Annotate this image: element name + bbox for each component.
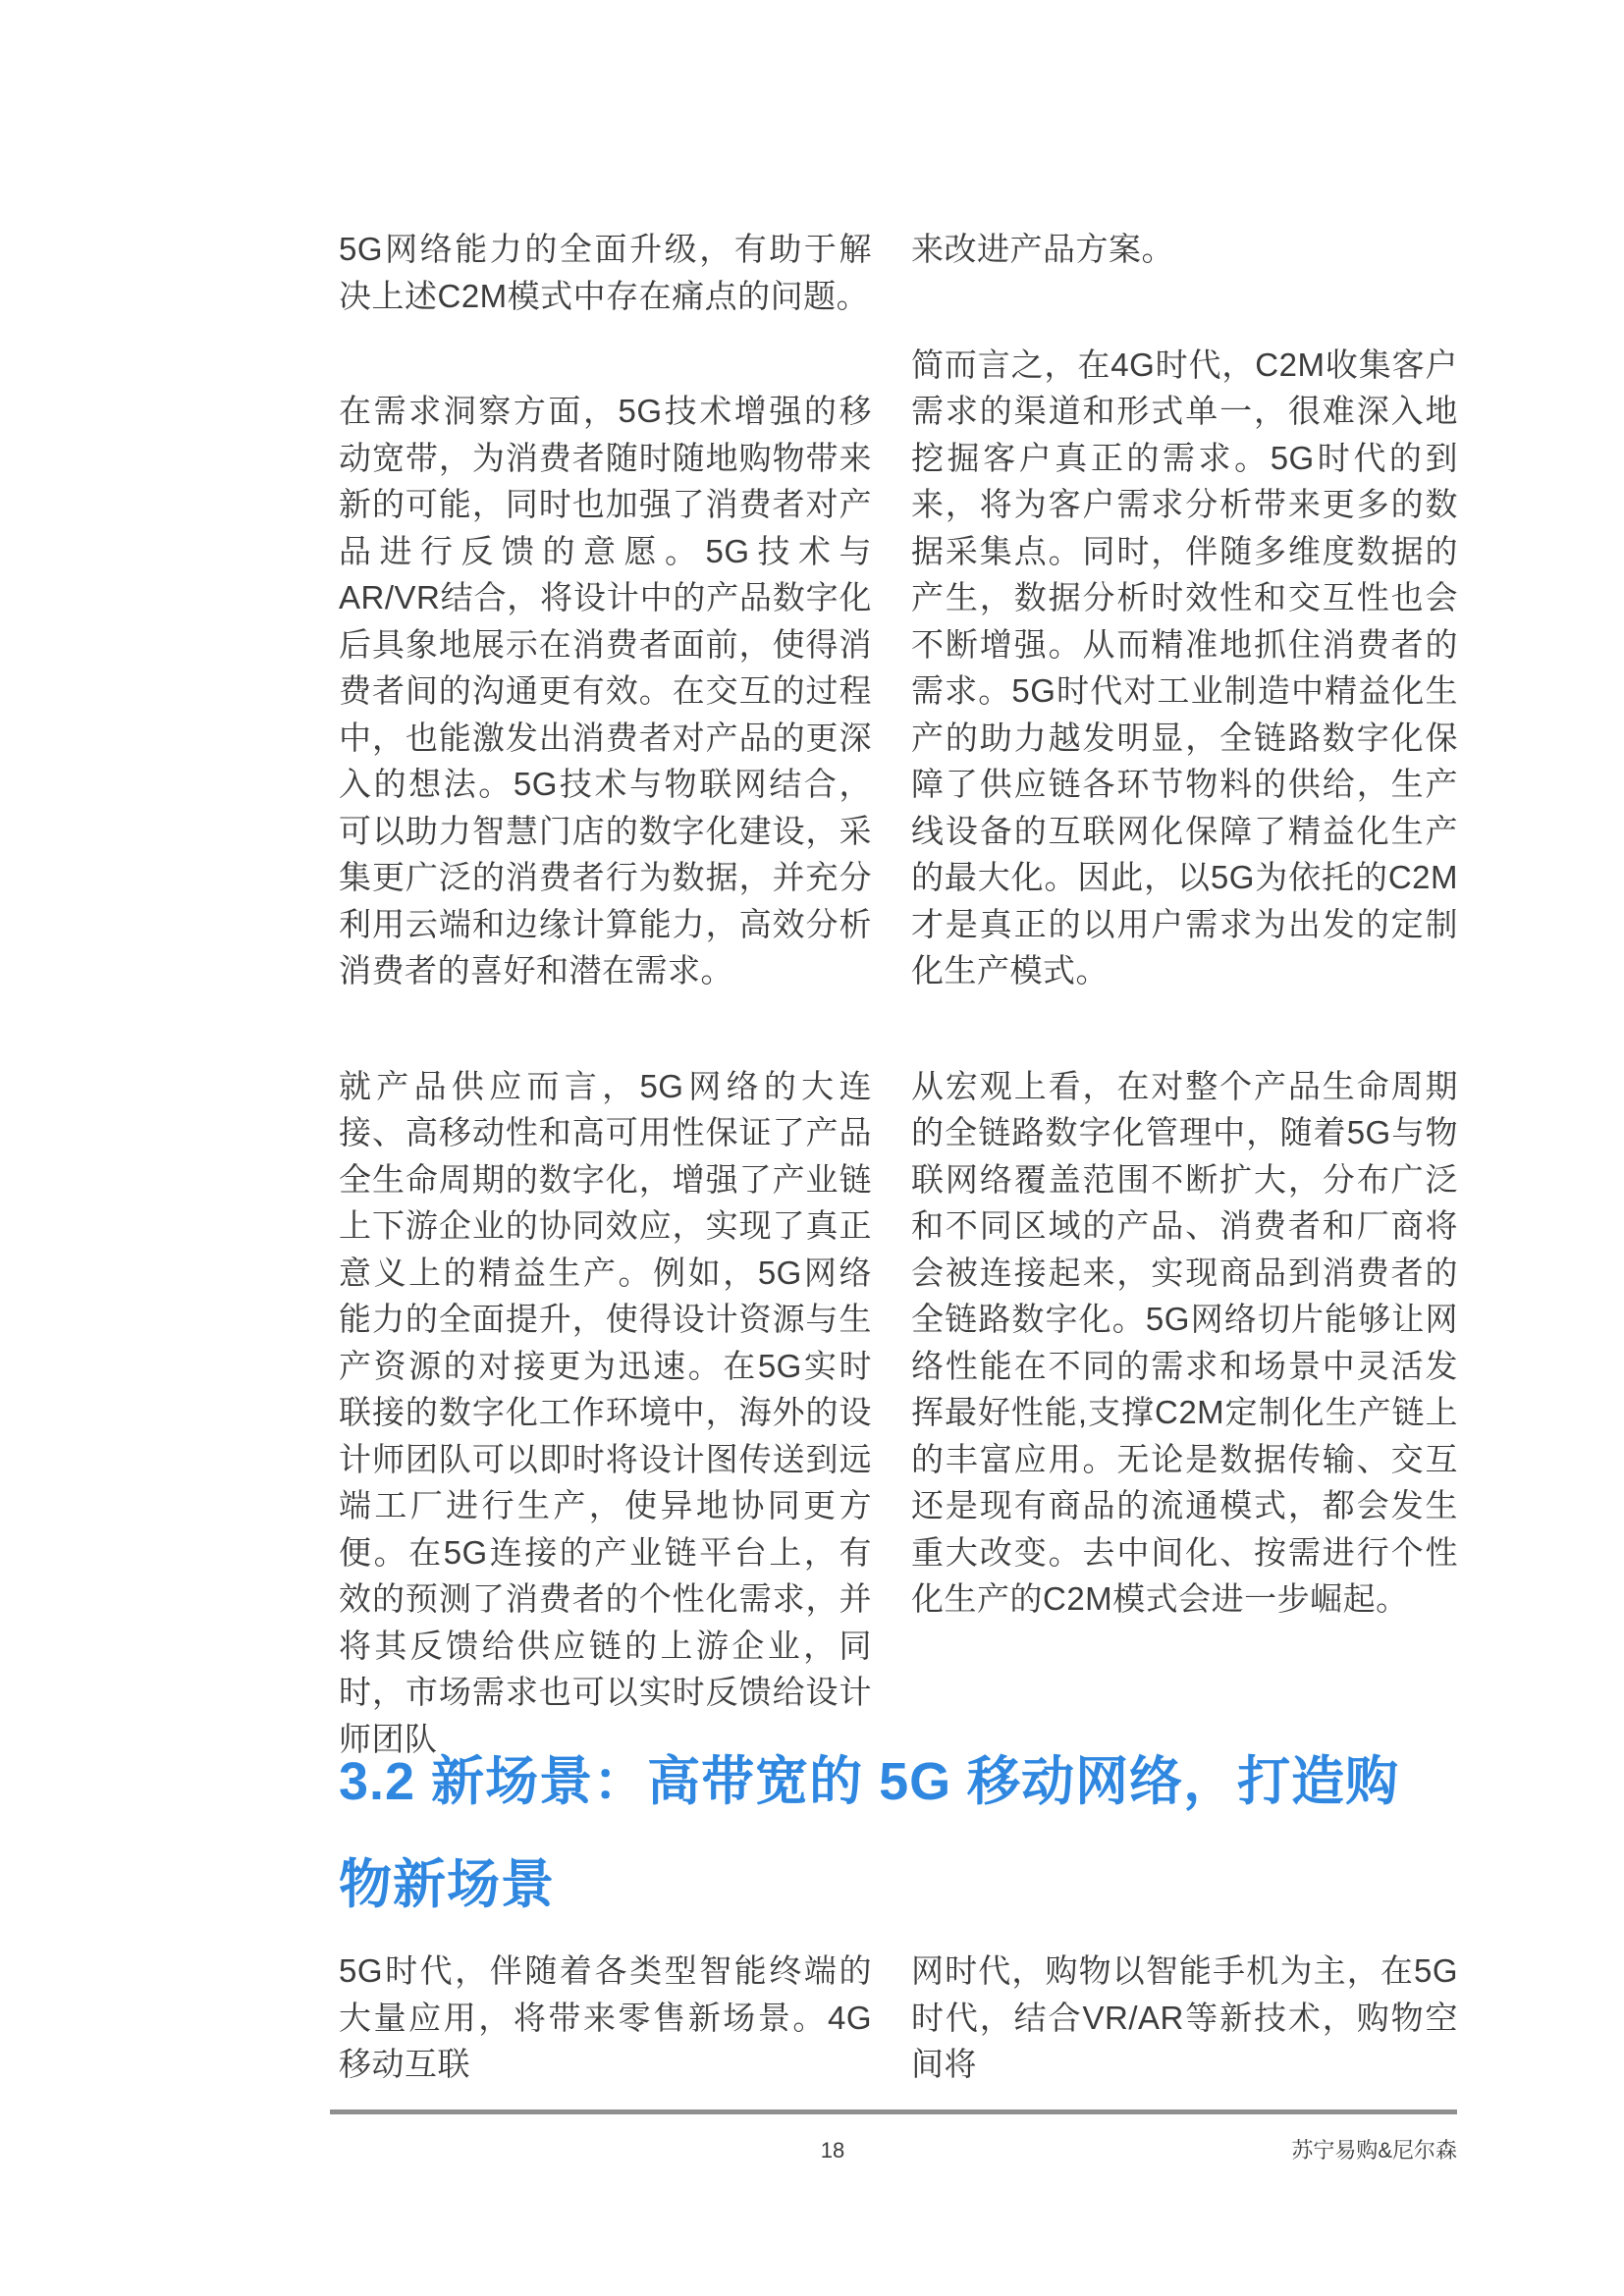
footer-credit: 苏宁易购&尼尔森 <box>339 2136 1457 2165</box>
left-column: 5G网络能力的全面升级，有助于解决上述C2M模式中存在痛点的问题。 在需求洞察方… <box>339 226 872 1762</box>
footer-divider <box>330 2109 1457 2114</box>
body-paragraph: 5G时代，伴随着各类型智能终端的大量应用，将带来零售新场景。4G移动互联 <box>339 1948 872 2088</box>
body-paragraph: 网时代，购物以智能手机为主，在5G时代，结合VR/AR等新技术，购物空间将 <box>911 1948 1458 2088</box>
body-paragraph: 5G网络能力的全面升级，有助于解决上述C2M模式中存在痛点的问题。 <box>339 226 872 319</box>
body-text-top: 5G网络能力的全面升级，有助于解决上述C2M模式中存在痛点的问题。 在需求洞察方… <box>339 226 1458 1762</box>
body-text-bottom: 5G时代，伴随着各类型智能终端的大量应用，将带来零售新场景。4G移动互联 网时代… <box>339 1948 1458 2088</box>
body-paragraph: 简而言之，在4G时代，C2M收集客户需求的渠道和形式单一，很难深入地挖掘客户真正… <box>911 342 1458 994</box>
section-heading: 3.2 新场景：高带宽的 5G 移动网络，打造购物新场景 <box>339 1731 1409 1937</box>
body-paragraph: 从宏观上看，在对整个产品生命周期的全链路数字化管理中，随着5G与物联网络覆盖范围… <box>911 1063 1458 1623</box>
document-page: { "page": { "background_color": "#ffffff… <box>0 0 1624 2296</box>
right-column: 网时代，购物以智能手机为主，在5G时代，结合VR/AR等新技术，购物空间将 <box>911 1948 1458 2088</box>
body-paragraph: 来改进产品方案。 <box>911 226 1458 273</box>
left-column: 5G时代，伴随着各类型智能终端的大量应用，将带来零售新场景。4G移动互联 <box>339 1948 872 2088</box>
body-paragraph: 在需求洞察方面，5G技术增强的移动宽带，为消费者随时随地购物带来新的可能，同时也… <box>339 388 872 994</box>
right-column: 来改进产品方案。 简而言之，在4G时代，C2M收集客户需求的渠道和形式单一，很难… <box>911 226 1458 1762</box>
body-paragraph: 就产品供应而言，5G网络的大连接、高移动性和高可用性保证了产品全生命周期的数字化… <box>339 1063 872 1763</box>
